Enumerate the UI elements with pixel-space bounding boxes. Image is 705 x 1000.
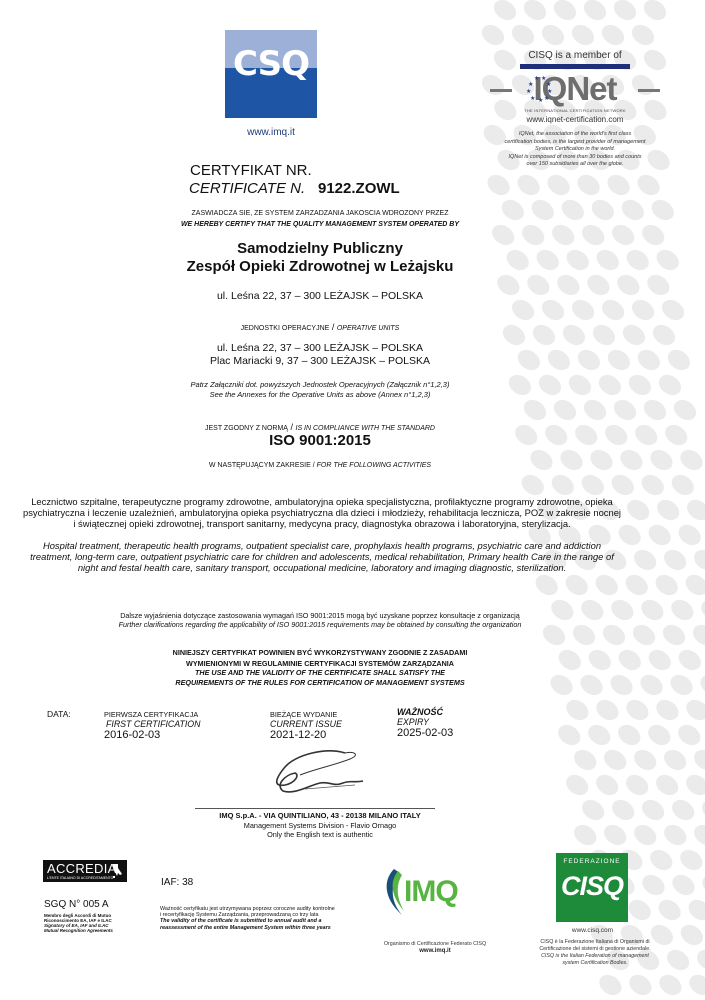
iqnet-member-text: CISQ is a member of — [505, 50, 645, 61]
signature — [255, 745, 375, 800]
svg-text:★: ★ — [528, 81, 533, 88]
cisq-url[interactable]: www.cisq.com — [550, 927, 635, 934]
management-division: Management Systems Division - Flavio Orn… — [0, 821, 640, 830]
rules-text-en-2: REQUIREMENTS OF THE RULES FOR CERTIFICAT… — [0, 678, 640, 687]
svg-text:★: ★ — [526, 88, 531, 95]
dates-label: DATA: — [47, 709, 71, 719]
imq-organism-text: Organismo di Certificazione Federato CIS… — [365, 941, 505, 947]
first-certification: PIERWSZA CERTYFIKACJA FIRST CERTIFICATIO… — [104, 710, 201, 741]
organization-address: ul. Leśna 22, 37 – 300 LEŻAJSK – POLSKA — [0, 290, 640, 302]
iqnet-url[interactable]: www.iqnet-certification.com — [500, 115, 650, 124]
imq-footer-url[interactable]: www.imq.it — [365, 948, 505, 954]
italy-map-icon — [112, 863, 122, 879]
stars-icon: ★★★ ★★★ ★★★ — [526, 74, 554, 104]
federazione-cisq-logo: FEDERAZIONE CISQ — [556, 853, 628, 922]
iqnet-logo: IQNet ★★★ ★★★ ★★★ — [490, 70, 660, 108]
annex-note-en: See the Annexes for the Operative Units … — [0, 390, 640, 399]
annex-note-pl: Patrz Załączniki dot. powyższych Jednost… — [0, 380, 640, 389]
svg-text:★: ★ — [544, 95, 549, 102]
organization-name-line1: Samodzielny Publiczny — [0, 240, 640, 257]
expiry: WAŻNOŚĆ EXPIRY 2025-02-03 — [397, 707, 453, 739]
sgq-mutual-recognition: Membro degli Accordi di Mutuo Riconoscim… — [44, 913, 113, 933]
further-clarifications-pl: Dalsze wyjaśnienia dotyczące zastosowani… — [0, 611, 640, 620]
certificate-number: 9122.ZOWL — [318, 180, 400, 197]
svg-text:★: ★ — [547, 88, 552, 95]
certify-text-en: WE HEREBY CERTIFY THAT THE QUALITY MANAG… — [0, 221, 640, 228]
operative-unit-2: Plac Mariacki 9, 37 – 300 LEŻAJSK – POLS… — [0, 355, 640, 367]
imq-address: IMQ S.p.A. - VIA QUINTILIANO, 43 - 20138… — [0, 811, 640, 820]
certificate-label-pl: CERTYFIKAT NR. — [190, 162, 312, 179]
activities-pl: Lecznictwo szpitalne, terapeutyczne prog… — [22, 496, 622, 529]
compliance-label: JEST ZGODNY Z NORMĄ / IS IN COMPLIANCE W… — [0, 422, 640, 432]
svg-text:★: ★ — [546, 81, 551, 88]
imq-swoosh-icon — [380, 867, 406, 917]
svg-text:★: ★ — [538, 97, 543, 104]
rules-text-pl-2: WYMIENIONYMI W REGULAMINIE CERTYFIKACJI … — [0, 659, 640, 668]
scope-label: W NASTĘPUJĄCYM ZAKRESIE / FOR THE FOLLOW… — [0, 462, 640, 469]
iqnet-description: IQNet, the association of the world's fi… — [475, 131, 675, 169]
svg-text:★: ★ — [534, 75, 539, 82]
organization-name-line2: Zespół Opieki Zdrowotnej w Leżajsku — [0, 258, 640, 275]
iqnet-network-text: THE INTERNATIONAL CERTIFICATION NETWORK — [520, 108, 630, 113]
further-clarifications-en: Further clarifications regarding the app… — [0, 620, 640, 629]
standard-name: ISO 9001:2015 — [0, 432, 640, 449]
svg-text:★: ★ — [530, 95, 535, 102]
iqnet-bar — [520, 64, 630, 69]
csq-logo: CSQ — [225, 30, 317, 118]
rules-text-pl-1: NINIEJSZY CERTYFIKAT POWINIEN BYĆ WYKORZ… — [0, 648, 640, 657]
operative-units-label: JEDNOSTKI OPERACYJNE / OPERATIVE UNITS — [0, 322, 640, 332]
certificate-label-en: CERTIFICATE N. — [189, 180, 305, 197]
imq-logo: IMQ — [380, 867, 490, 917]
accredia-logo: ACCREDIA L'ENTE ITALIANO DI ACCREDITAMEN… — [43, 860, 127, 882]
cisq-description: CISQ è la Federazione Italiana di Organi… — [525, 939, 665, 967]
sgq-number: SGQ N° 005 A — [44, 899, 109, 910]
operative-unit-1: ul. Leśna 22, 37 – 300 LEŻAJSK – POLSKA — [0, 342, 640, 354]
validity-note: Ważność certyfikatu jest utrzymywana pop… — [160, 906, 335, 931]
rules-text-en-1: THE USE AND THE VALIDITY OF THE CERTIFIC… — [0, 668, 640, 677]
signature-line — [195, 808, 435, 809]
certify-text-pl: ZASWIADCZA SIE, ZE SYSTEM ZARZADZANIA JA… — [0, 210, 640, 217]
authentic-note: Only the English text is authentic — [0, 830, 640, 839]
imq-url[interactable]: www.imq.it — [225, 127, 317, 138]
iaf-code: IAF: 38 — [161, 877, 193, 888]
current-issue: BIEŻĄCE WYDANIE CURRENT ISSUE 2021-12-20 — [270, 710, 342, 741]
activities-en: Hospital treatment, therapeutic health p… — [22, 540, 622, 573]
